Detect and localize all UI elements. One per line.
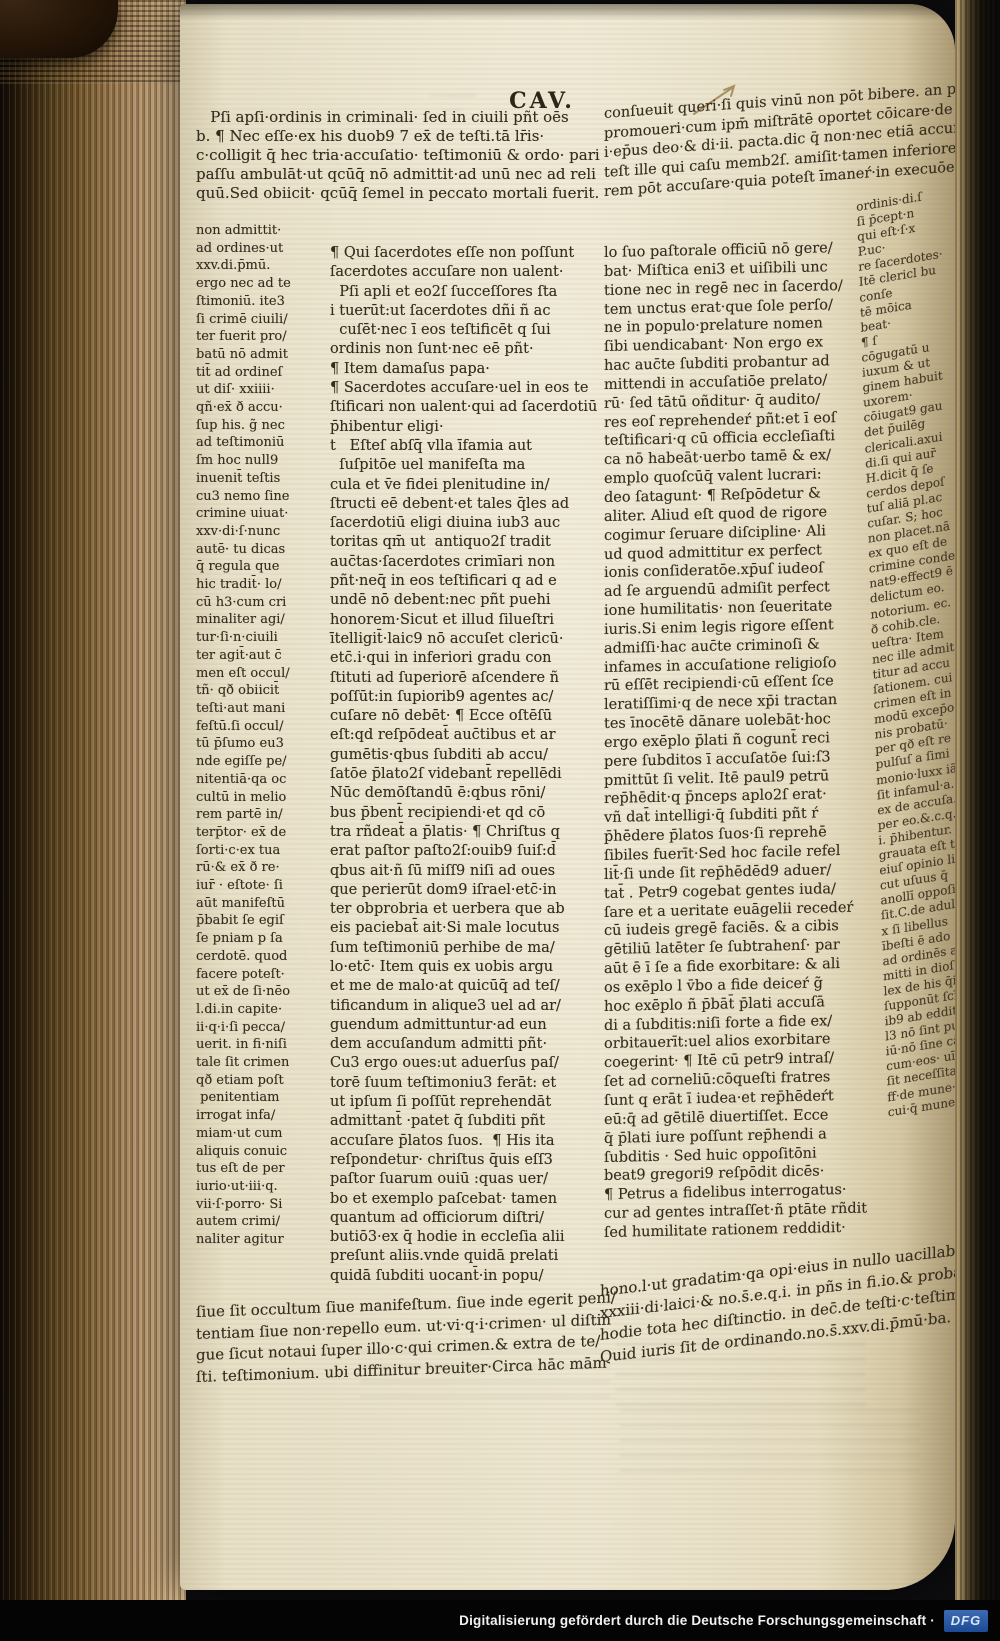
- footer-credit-text: Digitalisierung gefördert durch die Deut…: [459, 1613, 935, 1628]
- book-scan: CAV. Pſi apſi·ordinis in criminali· ſed …: [0, 0, 1000, 1641]
- adjacent-page-edges: [955, 0, 1000, 1600]
- left-margin-gloss: non admittit·ad ordines·utxxv.di.p̄mū.er…: [196, 222, 330, 1249]
- top-right-paragraph: conſueuit queri·ſi quis vinū non pōt bib…: [604, 80, 955, 203]
- dfg-logo: DFG: [944, 1610, 988, 1632]
- book-page-edges: [0, 0, 186, 1600]
- top-left-paragraph: Pſi apſi·ordinis in criminali· ſed in ci…: [196, 108, 610, 203]
- bottom-right-paragraph: hono.l·ut gradatim·qa opi·eius in nullo …: [600, 1237, 955, 1368]
- left-text-column: ¶ Qui ſacerdotes eſſe non poſſuntſacerdo…: [330, 244, 602, 1286]
- digitization-footer: Digitalisierung gefördert durch die Deut…: [0, 1600, 1000, 1641]
- book-page: CAV. Pſi apſi·ordinis in criminali· ſed …: [180, 4, 955, 1590]
- right-text-column: lo ſuo paſtorale officiū nō gere/bat· Mi…: [604, 238, 880, 1243]
- bottom-left-paragraph: ſiue ſit occultum ſiue manifeſtum. ſiue …: [196, 1287, 626, 1388]
- verso-showthrough: [620, 1402, 920, 1472]
